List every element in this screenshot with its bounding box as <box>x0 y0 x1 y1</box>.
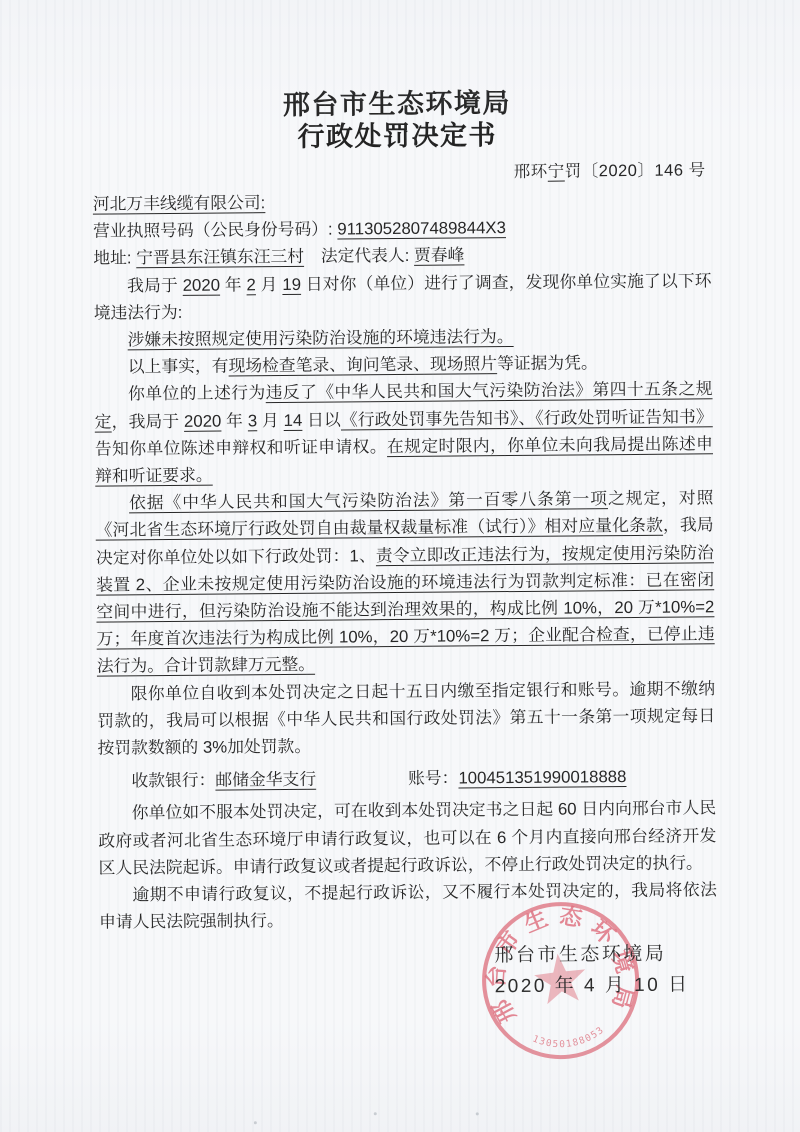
address-line-segment: 地址: <box>93 249 136 268</box>
appeal-rights: 你单位如不服本处罚决定，可在收到本处罚决定书之日起 60 日内向邢台市人民政府或… <box>98 795 717 882</box>
payment-deadline-segment: 限你单位自收到本处罚决定之日起十五日内缴至指定银行和账号。逾期不缴纳罚款的，我局… <box>97 679 715 758</box>
payment-deadline: 限你单位自收到本处罚决定之日起十五日内缴至指定银行和账号。逾期不缴纳罚款的，我局… <box>97 675 716 762</box>
bank-name: 邮储金华支行 <box>215 770 316 790</box>
notification-paragraph-segment: 月 <box>257 411 284 430</box>
scanned-document-page: 邢台市生态环境局 行政处罚决定书 邢环宁罚〔2020〕146 号 河北万丰线缆有… <box>0 0 800 1132</box>
scan-speck <box>374 1112 377 1115</box>
doc-number-suffix: 罚〔2020〕146 号 <box>565 161 706 180</box>
document-number: 邢环宁罚〔2020〕146 号 <box>0 156 798 187</box>
notification-paragraph-segment: 2020 <box>184 411 222 430</box>
document-content: 邢台市生态环境局 行政处罚决定书 邢环宁罚〔2020〕146 号 河北万丰线缆有… <box>0 0 800 1132</box>
bank-account-line: 收款银行：邮储金华支行账号：100451351990018888 <box>98 762 800 795</box>
recipient-line-segment: 河北万丰线缆有限公司: <box>93 193 266 214</box>
address-line-segment: 宁晋县东汪镇东汪三村 <box>136 247 304 267</box>
bank-line-spacer <box>316 784 408 785</box>
investigation-paragraph-segment: 年 <box>220 275 247 294</box>
notification-paragraph: 你单位的上述行为违反了《中华人民共和国大气污染防治法》第四十五条之规定，我局于 … <box>94 376 713 490</box>
notification-paragraph-segment: 告知你单位陈述申辩权和听证申请权。 <box>95 437 387 459</box>
account-number: 100451351990018888 <box>458 767 626 787</box>
penalty-decision-segment: 依据《中华人民共和国大气污染防治法》第一百零八条第一项 <box>129 489 608 512</box>
bank-label: 收款银行： <box>98 771 216 791</box>
investigation-paragraph-segment: 19 <box>282 274 301 293</box>
address-line-segment: 贾春峰 <box>414 246 465 265</box>
address-line-segment: 法定代表人: <box>304 246 414 266</box>
issuing-agency: 邢台市生态环境局 <box>494 938 689 971</box>
document-body-top: 河北万丰线缆有限公司:营业执照号码（公民身份号码）: 9113052807489… <box>93 185 716 762</box>
notification-paragraph-segment: ，我局于 <box>112 412 185 432</box>
signature-block: 邢台市生态环境局 2020 年 4 月 10 日 <box>494 938 689 1002</box>
doc-number-filled: 宁 <box>548 163 565 181</box>
document-header: 邢台市生态环境局 行政处罚决定书 邢环宁罚〔2020〕146 号 <box>0 0 798 187</box>
scan-speck <box>254 1121 257 1124</box>
evidence-statement-segment: 等证据为凭。 <box>497 353 598 373</box>
appeal-rights-segment: 你单位如不服本处罚决定，可在收到本处罚决定书之日起 60 日内向邢台市人民政府或… <box>98 799 716 878</box>
evidence-statement-segment: 现场检查笔录、询问笔录、现场照片 <box>228 354 497 375</box>
license-line-segment: 营业执照号码（公民身份号码）: <box>93 220 337 241</box>
penalty-decision-segment: 之规定，对照 <box>608 489 714 509</box>
penalty-decision: 依据《中华人民共和国大气污染防治法》第一百零八条第一项之规定，对照《河北省生态环… <box>95 485 715 681</box>
investigation-paragraph-segment: 2020 <box>183 275 221 294</box>
investigation-paragraph: 我局于 2020 年 2 月 19 日对你（单位）进行了调查，发现你单位实施了以… <box>93 267 711 327</box>
evidence-statement-segment: 以上事实，有 <box>128 357 229 377</box>
notification-paragraph-segment: 你单位的上述行为 <box>128 384 266 404</box>
issue-date: 2020 年 4 月 10 日 <box>495 969 690 1002</box>
investigation-paragraph-segment: 我局于 <box>127 276 183 295</box>
investigation-paragraph-segment: 月 <box>256 275 283 294</box>
account-label: 账号： <box>408 769 459 788</box>
penalty-decision-segment: 《河北省生态环境厅行政处罚自由裁量权裁量标准（试行）》相对应量化条款 <box>96 516 663 540</box>
notification-paragraph-segment: 年 <box>221 411 248 430</box>
notification-paragraph-segment: 日以 <box>302 410 341 429</box>
alleged-violation-segment: 涉嫌未按照规定使用污染防治设施的环境违法行为。 <box>128 327 514 349</box>
doc-number-prefix: 邢环 <box>514 163 548 181</box>
license-line-segment: 9113052807489844X3 <box>337 218 506 238</box>
scan-speck <box>476 1112 479 1115</box>
notification-paragraph-segment: 《行政处罚事先告知书》、《行政处罚听证告知书》 <box>341 407 713 429</box>
notification-paragraph-segment: 14 <box>284 410 303 429</box>
document-title-line2: 行政处罚决定书 <box>0 117 797 156</box>
